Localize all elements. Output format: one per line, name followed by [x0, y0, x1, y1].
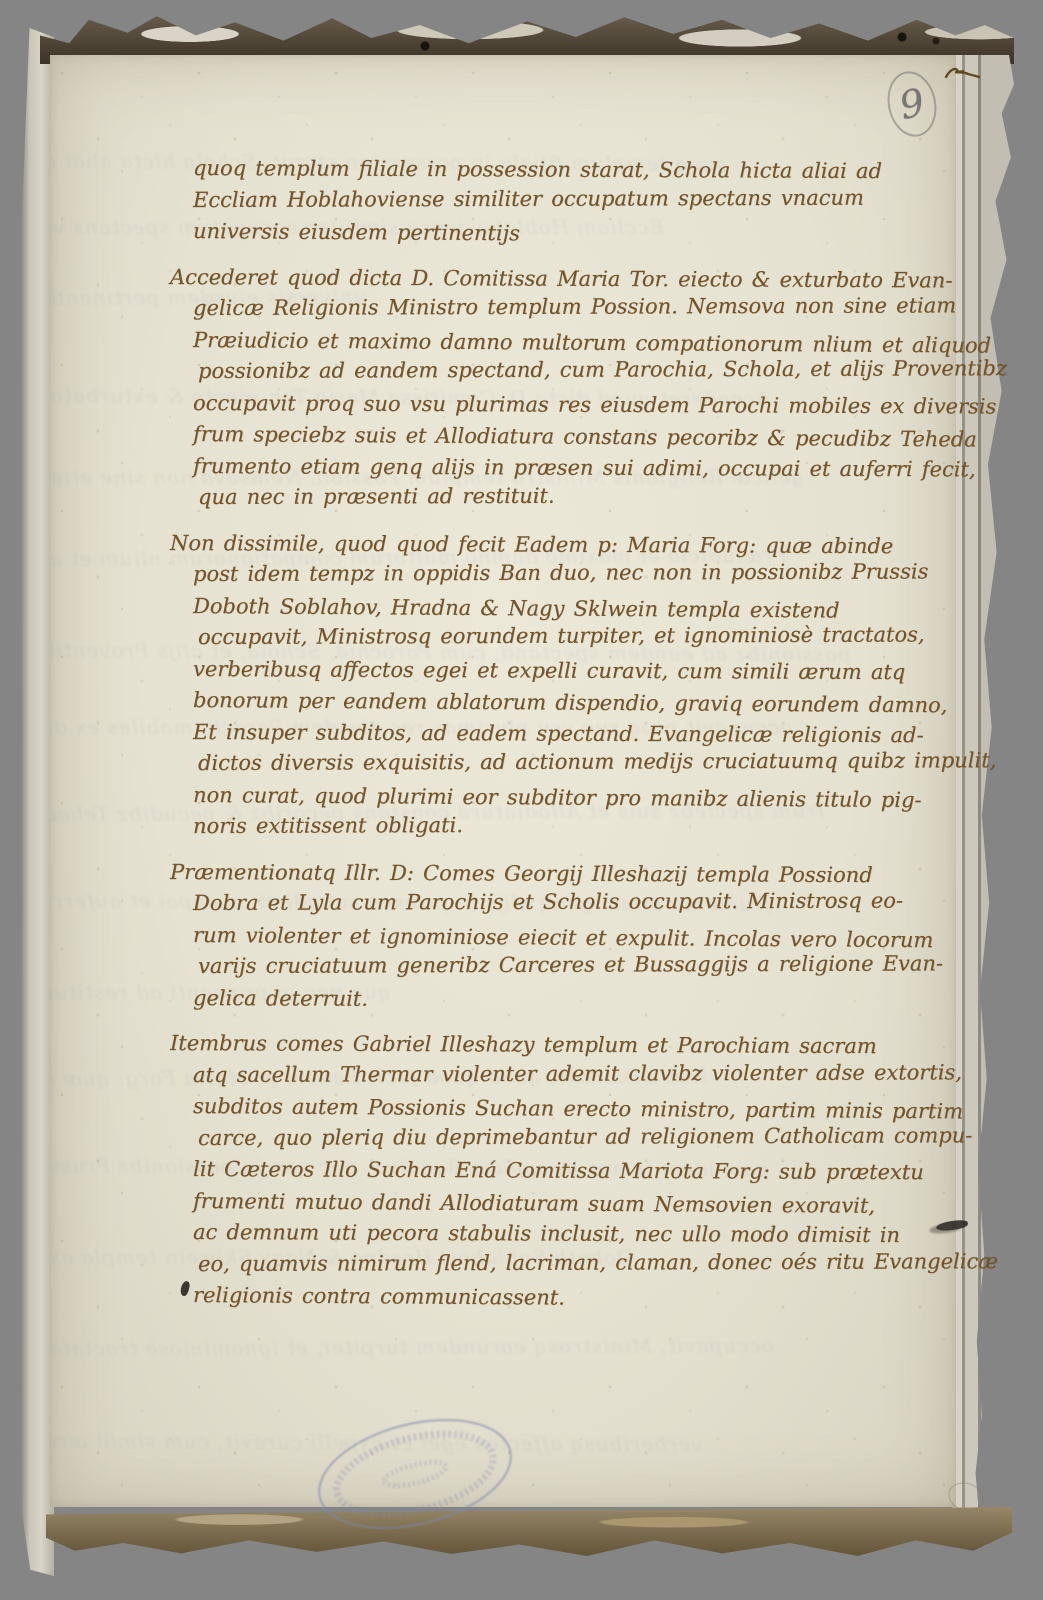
manuscript-page: quoq templum filiale in possession stara…	[50, 55, 956, 1507]
manuscript-line: religionis contra communicassent.	[193, 1280, 985, 1317]
manuscript-line: gelicæ Religionis Ministro templum Possi…	[193, 290, 985, 324]
manuscript-line: eo, quamvis nimirum flend, lacriman, cla…	[198, 1246, 985, 1280]
manuscript-line: universis eiusdem pertinentijs	[193, 216, 985, 253]
ink-squiggle-mark	[942, 63, 982, 87]
manuscript-line: possionibz ad eandem spectand, cum Paroc…	[198, 353, 985, 387]
manuscript-line: Eccliam Hoblahoviense similiter occupatu…	[193, 182, 985, 216]
manuscript-line: qua nec in præsenti ad restituit.	[198, 479, 985, 513]
manuscript-paragraph: quoq templum filiale in possession stara…	[193, 153, 985, 248]
manuscript-paragraph: Præmentionatq Illr. D: Comes Georgij Ill…	[193, 857, 985, 1015]
manuscript-paragraph: Non dissimile, quod quod fecit Eadem p: …	[193, 528, 985, 843]
manuscript-line: varijs cruciatuum generibz Carceres et B…	[198, 948, 985, 982]
bleedthrough-line: occupavit, Ministrosq eorundem turpiter,…	[50, 1333, 774, 1361]
folio-number: 9	[882, 67, 943, 142]
manuscript-paragraph: Itembrus comes Gabriel Illeshazy templum…	[193, 1028, 985, 1312]
book-bottom-edge	[46, 1504, 1012, 1556]
manuscript-text: quoq templum filiale in possession stara…	[193, 153, 985, 1326]
ink-blot	[179, 1280, 191, 1297]
manuscript-paragraph: Accederet quod dicta D. Comitissa Maria …	[193, 262, 985, 514]
manuscript-line: noris extitissent obligati.	[193, 808, 985, 842]
manuscript-line: bonorum per eandem ablatorum dispendio, …	[193, 685, 985, 722]
manuscript-line: lit Cæteros Illo Suchan Ená Comitissa Ma…	[193, 1154, 985, 1189]
manuscript-line: occupavit, Ministrosq eorundem turpiter,…	[198, 619, 985, 653]
manuscript-line: carce, quo pleriq diu deprimebantur ad r…	[198, 1120, 985, 1154]
book-spine-edge	[20, 28, 54, 1576]
manuscript-line: frum speciebz suis et Allodiatura consta…	[193, 419, 985, 456]
manuscript-line: verberibusq affectos egei et expelli cur…	[193, 654, 985, 689]
manuscript-line: gelica deterruit.	[193, 983, 985, 1018]
manuscript-line: dictos diversis exquisitis, ad actionum …	[198, 745, 985, 779]
photo-background: quoq templum filiale in possession stara…	[0, 0, 1043, 1600]
manuscript-line: Dobra et Lyla cum Parochijs et Scholis o…	[193, 885, 985, 919]
manuscript-line: atq sacellum Thermar violenter ademit cl…	[193, 1057, 985, 1091]
manuscript-line: occupavit proq suo vsu plurimas res eius…	[193, 388, 985, 423]
folio-number-value: 9	[896, 80, 929, 128]
manuscript-line: post idem tempz in oppidis Ban duo, nec …	[193, 556, 985, 590]
